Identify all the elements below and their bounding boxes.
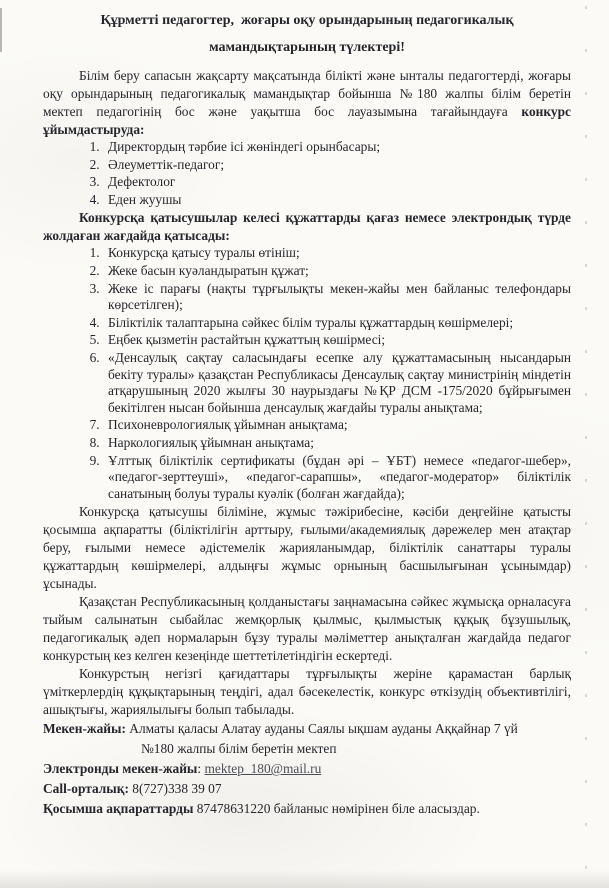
email-link[interactable]: mektep_180@mail.ru (204, 761, 321, 776)
intro-text: Білім беру сапасын жақсарту мақсатында б… (43, 68, 571, 119)
scan-bottom-shadow (0, 870, 609, 888)
document-title-line2: мамандықтарының түлектері! (43, 38, 571, 57)
address-line2: №180 жалпы білім беретін мектеп (43, 739, 571, 759)
address-value: Алматы қаласы Алатау ауданы Саялы ықшам … (126, 721, 518, 736)
document-item: Біліктілік талаптарына сәйкес білім тура… (103, 315, 571, 332)
scan-edge-artifact-left (0, 8, 2, 52)
document-item: Наркологиялық ұйымнан анықтама; (103, 435, 571, 452)
email-line: Электронды мекен-жайы: mektep_180@mail.r… (43, 759, 571, 779)
call-center-value: 8(727)338 39 07 (129, 781, 222, 796)
position-item: Еден жуушы (103, 192, 571, 209)
document-title: Құрметті педагогтер, жоғары оқу орындары… (43, 11, 571, 57)
position-item: Дефектолог (103, 174, 571, 191)
document-item: Жеке басын куәландыратын құжат; (103, 263, 571, 280)
extra-info-value: 87478631220 байланыс нөмірінен біле алас… (193, 801, 479, 816)
scan-edge-artifact-right (585, 6, 587, 878)
document-item: «Денсаулық сақтау саласындағы есепке алу… (103, 350, 571, 416)
documents-list: Конкурсқа қатысу туралы өтініш; Жеке бас… (43, 245, 571, 502)
positions-list: Директордың тәрбие ісі жөніндегі орынбас… (43, 139, 571, 208)
call-center-label: Call-орталық: (43, 781, 129, 796)
document-item: Еңбек қызметін растайтын құжаттың көшірм… (103, 332, 571, 349)
legal-warning-paragraph: Қазақстан Республикасының қолданыстағы з… (43, 593, 571, 665)
documents-section-heading: Конкурсқа қатысушылар келесі құжаттарды … (43, 209, 571, 245)
call-center-line: Call-орталық: 8(727)338 39 07 (43, 779, 571, 799)
document-content: Құрметті педагогтер, жоғары оқу орындары… (43, 11, 571, 819)
extra-info-line: Қосымша ақпараттарды 87478631220 байланы… (43, 799, 571, 819)
email-label: Электронды мекен-жайы (43, 761, 197, 776)
position-item: Әлеуметтік-педагог; (103, 157, 571, 174)
scanned-document-page: Құрметті педагогтер, жоғары оқу орындары… (0, 0, 609, 888)
document-item: Ұлттық біліктілік сертификаты (бұдан әрі… (103, 453, 571, 503)
document-item: Жеке іс парағы (нақты тұрғылықты мекен-ж… (103, 281, 571, 314)
additional-info-paragraph: Конкурсқа қатысушы біліміне, жұмыс тәжір… (43, 503, 571, 593)
position-item: Директордың тәрбие ісі жөніндегі орынбас… (103, 139, 571, 156)
address-line: Мекен-жайы: Алматы қаласы Алатау ауданы … (43, 719, 571, 739)
principles-paragraph: Конкурстың негізгі қағидаттары тұрғылықт… (43, 665, 571, 719)
document-item: Конкурсқа қатысу туралы өтініш; (103, 245, 571, 262)
document-item: Психоневрологиялық ұйымнан анықтама; (103, 417, 571, 434)
extra-info-label: Қосымша ақпараттарды (43, 801, 193, 816)
document-title-line1: Құрметті педагогтер, жоғары оқу орындары… (43, 11, 571, 30)
intro-paragraph: Білім беру сапасын жақсарту мақсатында б… (43, 67, 571, 139)
contacts-block: Мекен-жайы: Алматы қаласы Алатау ауданы … (43, 719, 571, 819)
address-label: Мекен-жайы: (43, 721, 126, 736)
